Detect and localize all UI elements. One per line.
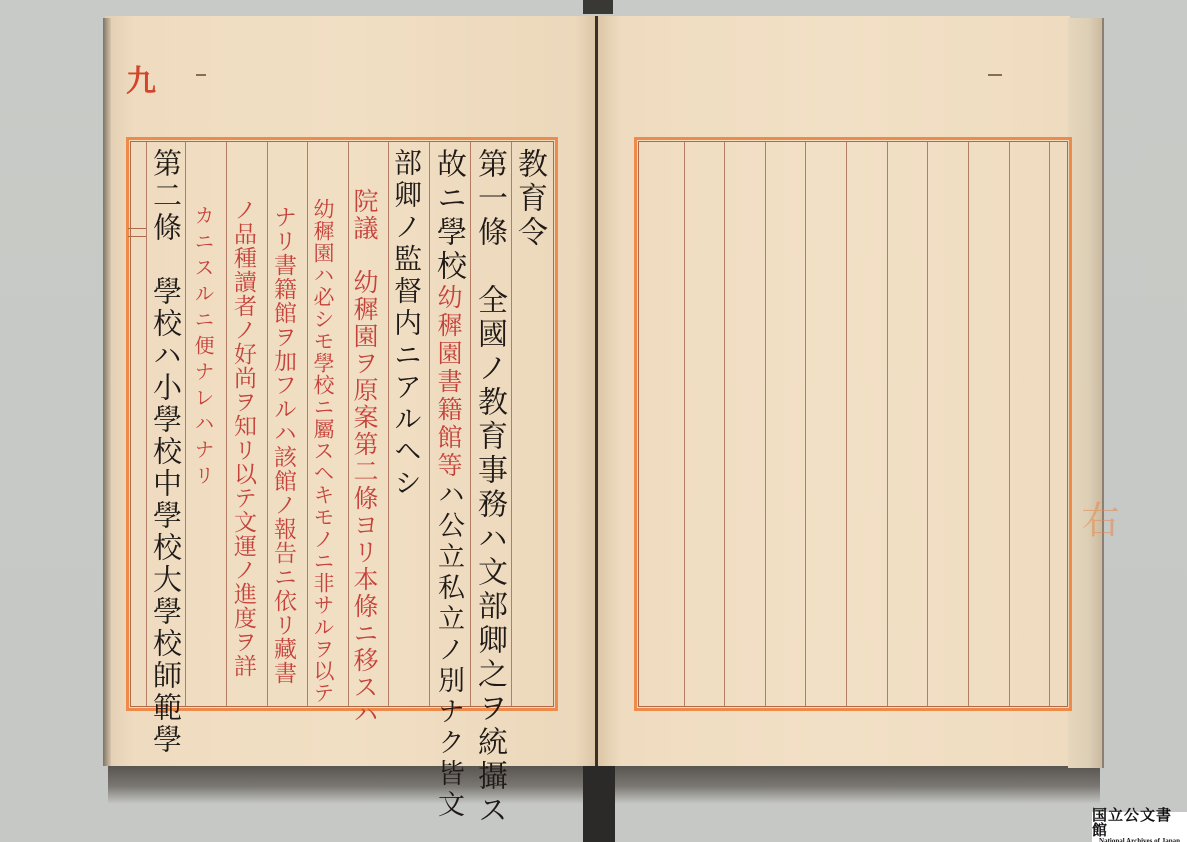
- national-archives-logo: 国立公文書館 National Archives of Japan: [1092, 812, 1187, 842]
- column-rule: [429, 142, 430, 707]
- bleed-through-text: 右: [1070, 500, 1125, 538]
- right-page-frame-inner: [638, 141, 1068, 707]
- margin-mark-bottom: [128, 236, 146, 237]
- note-line-2: 幼穉園ハ必シモ學校ニ屬スヘキモノニ非サルヲ以テ: [312, 198, 333, 704]
- article-1-line-2-red-insert: 幼穉園書籍館等: [434, 284, 463, 480]
- column-rule: [226, 142, 227, 707]
- logo-jp-text: 国立公文書館: [1092, 808, 1187, 838]
- column-rule: [765, 142, 766, 707]
- note-line-3: ナリ書籍館ヲ加フルハ該館ノ報告ニ依リ藏書: [271, 205, 294, 685]
- column-rule: [348, 142, 349, 707]
- column-rule: [968, 142, 969, 707]
- logo-en-text: National Archives of Japan: [1099, 838, 1180, 842]
- left-page-edge: [103, 18, 111, 766]
- column-rule: [267, 142, 268, 707]
- column-rule: [724, 142, 725, 707]
- article-1-line-2: 故ニ學校幼穉園書籍館等ハ公立私立ノ別ナク皆文: [433, 148, 463, 821]
- column-rule: [684, 142, 685, 707]
- column-rule: [185, 142, 186, 707]
- book-scan-scene: 九 教育令 第一條 全國ノ教育事務ハ文部卿之ヲ統攝ス 故ニ學校幼穉園書籍館等ハ公…: [0, 0, 1187, 842]
- spine-top: [583, 0, 613, 14]
- column-rule: [887, 142, 888, 707]
- column-rule: [470, 142, 471, 707]
- note-line-1: 院議 幼穉園ヲ原案第二條ヨリ本條ニ移スハ: [352, 188, 377, 728]
- article-1-line-3: 部卿ノ監督内ニアルヘシ: [392, 148, 420, 500]
- folio-mark: [196, 74, 206, 76]
- folio-mark-right: [988, 74, 1002, 76]
- article-1-line-1: 第一條 全國ノ教育事務ハ文部卿之ヲ統攝ス: [474, 148, 504, 828]
- spine-bottom: [583, 760, 615, 842]
- column-rule: [927, 142, 928, 707]
- note-line-4: ノ品種讀者ノ好尚ヲ知リ以テ文運ノ進度ヲ詳: [231, 198, 254, 678]
- fore-edge: [1068, 18, 1104, 768]
- column-rule: [1049, 142, 1050, 707]
- article-1-line-2-black-a: 故ニ學校: [431, 148, 466, 284]
- column-rule: [846, 142, 847, 707]
- column-rule: [805, 142, 806, 707]
- margin-mark-top: [128, 228, 146, 229]
- article-2-line-1: 第二條 學校ハ小學校中學校大學校師範學: [151, 148, 180, 756]
- article-1-line-2-black-b: ハ公立私立ノ別ナク皆文: [433, 480, 464, 821]
- column-rule: [1009, 142, 1010, 707]
- column-rule: [146, 142, 147, 707]
- column-rule: [307, 142, 308, 707]
- folio-number: 九: [126, 56, 156, 100]
- column-rule: [388, 142, 389, 707]
- note-line-5: カニスルニ便ナレハナリ: [193, 205, 213, 491]
- document-title: 教育令: [514, 148, 544, 250]
